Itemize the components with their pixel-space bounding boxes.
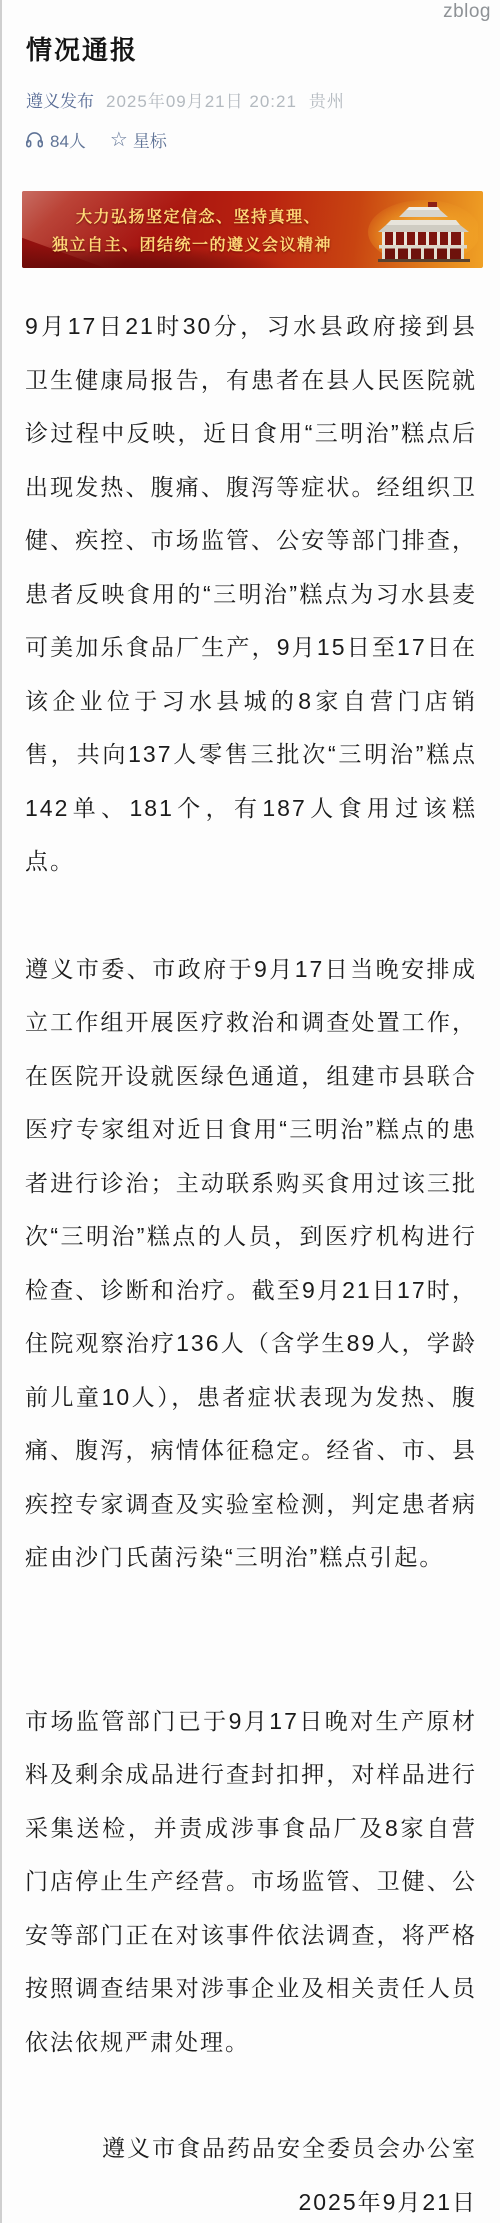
article-meta-actions: 84人 ☆ 星标 — [24, 127, 167, 152]
account-name-link[interactable]: 遵义发布 — [26, 87, 94, 112]
headset-icon — [24, 129, 45, 150]
publish-location: 贵州 — [309, 87, 345, 112]
star-button[interactable]: ☆ 星标 — [110, 127, 167, 152]
paragraph: 遵义市委、市政府于9月17日当晚安排成立工作组开展医疗救治和调查处置工作，在医院… — [25, 943, 477, 1585]
article-title: 情况通报 — [26, 30, 138, 67]
conference-spirit-banner[interactable]: 大力弘扬坚定信念、坚持真理、 独立自主、团结统一的遵义会议精神 — [22, 191, 483, 268]
signature-office: 遵义市食品药品安全委员会办公室 — [25, 2121, 477, 2175]
listen-count-button[interactable]: 84人 — [24, 127, 86, 152]
banner-slogan: 大力弘扬坚定信念、坚持真理、 独立自主、团结统一的遵义会议精神 — [22, 191, 483, 255]
star-icon: ☆ — [110, 130, 128, 150]
paragraph: 市场监管部门已于9月17日晚对生产原材料及剩余成品进行查封扣押，对样品进行采集送… — [25, 1695, 477, 2070]
publish-date: 2025年09月21日 20:21 — [106, 87, 297, 112]
platform-watermark: zblog — [443, 1, 491, 23]
star-label: 星标 — [133, 127, 167, 152]
article-meta: 遵义发布 2025年09月21日 20:21 贵州 — [26, 87, 345, 112]
banner-slogan-line1: 大力弘扬坚定信念、坚持真理、 — [52, 204, 483, 227]
article-body: 9月17日21时30分，习水县政府接到县卫生健康局报告，有患者在县人民医院就诊过… — [2, 300, 500, 2223]
signature-date: 2025年9月21日 — [25, 2175, 477, 2223]
listen-count: 84人 — [50, 127, 86, 152]
banner-slogan-line2: 独立自主、团结统一的遵义会议精神 — [52, 232, 483, 255]
paragraph: 9月17日21时30分，习水县政府接到县卫生健康局报告，有患者在县人民医院就诊过… — [25, 300, 477, 889]
article-page: zblog 情况通报 遵义发布 2025年09月21日 20:21 贵州 84人… — [0, 0, 500, 2223]
